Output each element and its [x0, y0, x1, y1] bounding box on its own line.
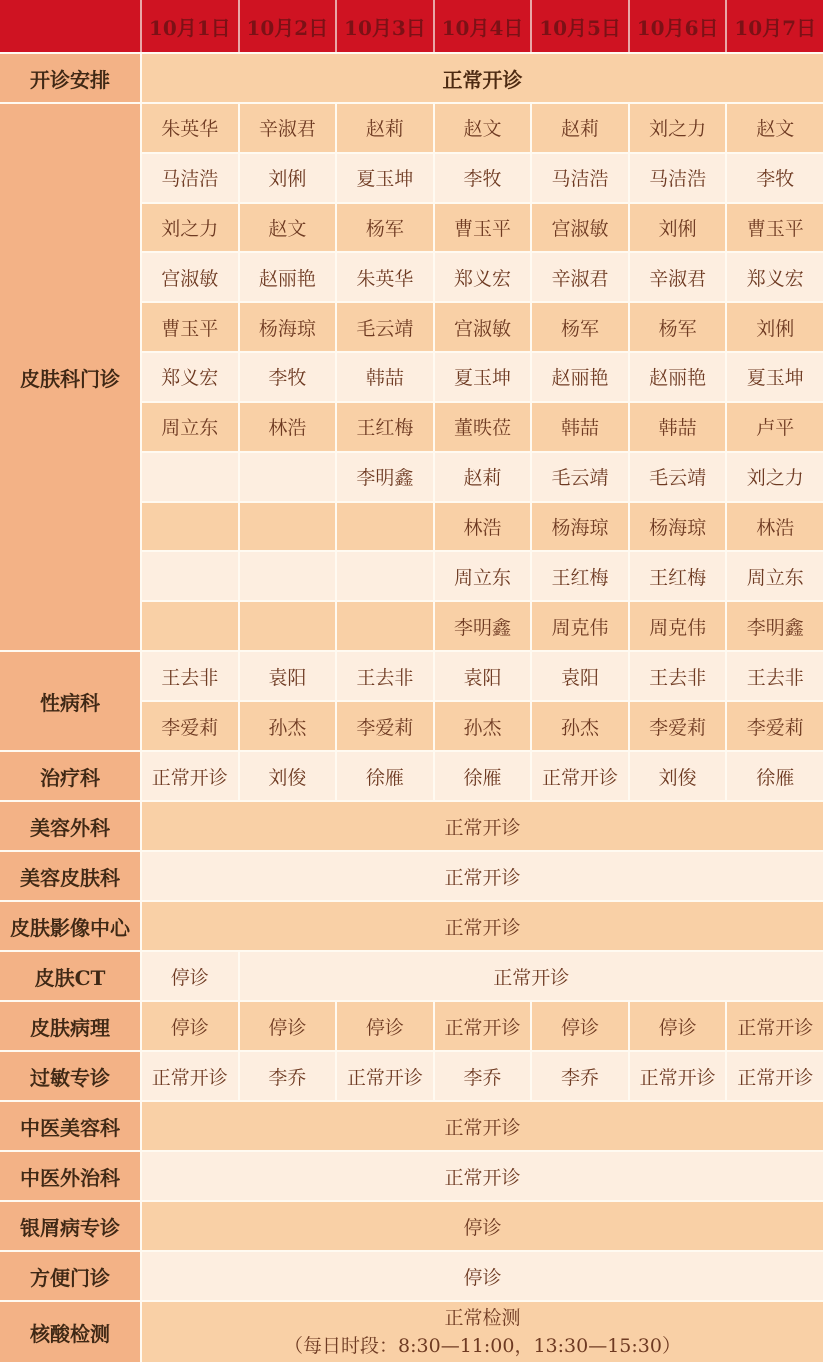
schedule-section: 中医外治科正常开诊 — [0, 1152, 823, 1200]
doctor-cell: 正常开诊 — [337, 1052, 433, 1100]
status-time-line: （每日时段：8:30—11:00，13:30—15:30） — [284, 1332, 681, 1361]
empty-cell — [142, 552, 238, 600]
doctor-cell: 李爱莉 — [337, 702, 433, 750]
doctor-cell: 朱英华 — [337, 253, 433, 301]
row-label: 美容皮肤科 — [0, 852, 140, 900]
row-label: 方便门诊 — [0, 1252, 140, 1300]
schedule-section: 皮肤影像中心正常开诊 — [0, 902, 823, 950]
doctor-cell: 王红梅 — [337, 403, 433, 451]
doctor-cell: 周克伟 — [630, 602, 726, 650]
doctor-cell: 辛淑君 — [630, 253, 726, 301]
corner-cell — [0, 0, 140, 52]
doctor-cell: 李明鑫 — [337, 453, 433, 501]
doctor-cell: 孙杰 — [435, 702, 531, 750]
row-label: 性病科 — [0, 652, 140, 750]
doctor-cell: 袁阳 — [240, 652, 336, 700]
doctor-cell: 毛云靖 — [337, 303, 433, 351]
section-body: 正常开诊 — [142, 1152, 823, 1200]
clinic-schedule-table: 10月1日10月2日10月3日10月4日10月5日10月6日10月7日开诊安排正… — [0, 0, 823, 1362]
table-header-row: 10月1日10月2日10月3日10月4日10月5日10月6日10月7日 — [0, 0, 823, 52]
doctor-cell: 王去非 — [727, 652, 823, 700]
doctor-cell: 刘俐 — [240, 154, 336, 202]
doctor-cell: 马洁浩 — [630, 154, 726, 202]
date-header-cell: 10月4日 — [435, 0, 531, 52]
doctor-cell: 林浩 — [727, 503, 823, 551]
schedule-section: 治疗科正常开诊刘俊徐雁徐雁正常开诊刘俊徐雁 — [0, 752, 823, 800]
doctor-cell: 曹玉平 — [435, 204, 531, 252]
status-cell: 正常开诊 — [142, 1102, 823, 1150]
empty-cell — [240, 503, 336, 551]
doctor-cell: 王红梅 — [532, 552, 628, 600]
doctor-cell: 周立东 — [435, 552, 531, 600]
date-header-cell: 10月7日 — [727, 0, 823, 52]
doctor-cell: 停诊 — [630, 1002, 726, 1050]
empty-cell — [337, 503, 433, 551]
section-body: 正常开诊刘俊徐雁徐雁正常开诊刘俊徐雁 — [142, 752, 823, 800]
empty-cell — [240, 453, 336, 501]
doctor-cell: 正常开诊 — [435, 1002, 531, 1050]
doctor-cell: 郑义宏 — [435, 253, 531, 301]
doctor-cell: 正常开诊 — [727, 1052, 823, 1100]
doctor-cell: 正常开诊 — [142, 752, 238, 800]
section-body: 停诊 — [142, 1252, 823, 1300]
doctor-cell: 停诊 — [532, 1002, 628, 1050]
doctor-cell: 夏玉坤 — [727, 353, 823, 401]
row-label: 开诊安排 — [0, 54, 140, 102]
doctor-cell: 朱英华 — [142, 104, 238, 152]
doctor-cell: 正常开诊 — [727, 1002, 823, 1050]
date-header-cell: 10月1日 — [142, 0, 238, 52]
section-body: 正常开诊 — [142, 1102, 823, 1150]
doctor-cell: 正常开诊 — [630, 1052, 726, 1100]
section-body: 正常开诊李乔正常开诊李乔李乔正常开诊正常开诊 — [142, 1052, 823, 1100]
doctor-cell: 周立东 — [142, 403, 238, 451]
doctor-cell: 李牧 — [727, 154, 823, 202]
doctor-cell: 赵文 — [435, 104, 531, 152]
doctor-cell: 王去非 — [337, 652, 433, 700]
row-label: 中医外治科 — [0, 1152, 140, 1200]
empty-cell — [337, 552, 433, 600]
row-label: 过敏专诊 — [0, 1052, 140, 1100]
schedule-section: 皮肤科门诊朱英华辛淑君赵莉赵文赵莉刘之力赵文马洁浩刘俐夏玉坤李牧马洁浩马洁浩李牧… — [0, 104, 823, 650]
status-cell: 停诊 — [142, 952, 238, 1000]
doctor-cell: 李明鑫 — [435, 602, 531, 650]
doctor-cell: 赵丽艳 — [532, 353, 628, 401]
status-cell: 正常检测（每日时段：8:30—11:00，13:30—15:30） — [142, 1302, 823, 1362]
doctor-cell: 李爱莉 — [727, 702, 823, 750]
doctor-cell: 停诊 — [337, 1002, 433, 1050]
date-header-cell: 10月6日 — [630, 0, 726, 52]
section-body: 停诊 — [142, 1202, 823, 1250]
doctor-cell: 杨军 — [337, 204, 433, 252]
doctor-cell: 马洁浩 — [142, 154, 238, 202]
doctor-cell: 李爱莉 — [142, 702, 238, 750]
date-header-cell: 10月3日 — [337, 0, 433, 52]
schedule-section: 中医美容科正常开诊 — [0, 1102, 823, 1150]
schedule-section: 皮肤CT停诊正常开诊 — [0, 952, 823, 1000]
status-cell: 停诊 — [142, 1252, 823, 1300]
status-cell: 正常开诊 — [142, 54, 823, 102]
row-label: 美容外科 — [0, 802, 140, 850]
doctor-cell: 韩喆 — [532, 403, 628, 451]
doctor-cell: 李爱莉 — [630, 702, 726, 750]
doctor-cell: 赵莉 — [435, 453, 531, 501]
doctor-cell: 停诊 — [142, 1002, 238, 1050]
doctor-cell: 曹玉平 — [727, 204, 823, 252]
doctor-cell: 徐雁 — [727, 752, 823, 800]
section-body: 停诊正常开诊 — [142, 952, 823, 1000]
row-label: 皮肤影像中心 — [0, 902, 140, 950]
doctor-cell: 杨海琼 — [240, 303, 336, 351]
empty-cell — [142, 602, 238, 650]
doctor-cell: 林浩 — [240, 403, 336, 451]
doctor-cell: 刘俊 — [630, 752, 726, 800]
doctor-cell: 刘俐 — [727, 303, 823, 351]
status-cell: 正常开诊 — [142, 1152, 823, 1200]
status-cell: 正常开诊 — [240, 952, 823, 1000]
row-label: 皮肤CT — [0, 952, 140, 1000]
doctor-cell: 夏玉坤 — [435, 353, 531, 401]
empty-cell — [142, 453, 238, 501]
doctor-cell: 郑义宏 — [142, 353, 238, 401]
doctor-cell: 刘之力 — [630, 104, 726, 152]
status-cell: 停诊 — [142, 1202, 823, 1250]
doctor-cell: 杨军 — [630, 303, 726, 351]
row-label: 皮肤科门诊 — [0, 104, 140, 650]
schedule-section: 过敏专诊正常开诊李乔正常开诊李乔李乔正常开诊正常开诊 — [0, 1052, 823, 1100]
section-body: 正常开诊 — [142, 54, 823, 102]
row-label: 银屑病专诊 — [0, 1202, 140, 1250]
doctor-cell: 正常开诊 — [142, 1052, 238, 1100]
doctor-cell: 袁阳 — [435, 652, 531, 700]
status-cell: 正常开诊 — [142, 852, 823, 900]
doctor-cell: 王去非 — [630, 652, 726, 700]
status-cell: 正常开诊 — [142, 802, 823, 850]
row-label: 中医美容科 — [0, 1102, 140, 1150]
doctor-cell: 李乔 — [532, 1052, 628, 1100]
doctor-cell: 李牧 — [240, 353, 336, 401]
doctor-cell: 辛淑君 — [240, 104, 336, 152]
schedule-section: 美容外科正常开诊 — [0, 802, 823, 850]
doctor-cell: 辛淑君 — [532, 253, 628, 301]
doctor-cell: 毛云靖 — [630, 453, 726, 501]
doctor-cell: 杨海琼 — [532, 503, 628, 551]
doctor-cell: 正常开诊 — [532, 752, 628, 800]
empty-cell — [142, 503, 238, 551]
schedule-section: 银屑病专诊停诊 — [0, 1202, 823, 1250]
doctor-cell: 杨军 — [532, 303, 628, 351]
doctor-cell: 夏玉坤 — [337, 154, 433, 202]
doctor-cell: 周克伟 — [532, 602, 628, 650]
doctor-cell: 赵文 — [727, 104, 823, 152]
section-body: 朱英华辛淑君赵莉赵文赵莉刘之力赵文马洁浩刘俐夏玉坤李牧马洁浩马洁浩李牧刘之力赵文… — [142, 104, 823, 650]
doctor-cell: 刘之力 — [727, 453, 823, 501]
empty-cell — [337, 602, 433, 650]
doctor-cell: 宫淑敏 — [435, 303, 531, 351]
doctor-cell: 孙杰 — [532, 702, 628, 750]
section-body: 正常检测（每日时段：8:30—11:00，13:30—15:30） — [142, 1302, 823, 1362]
doctor-cell: 徐雁 — [435, 752, 531, 800]
section-body: 王去非袁阳王去非袁阳袁阳王去非王去非李爱莉孙杰李爱莉孙杰孙杰李爱莉李爱莉 — [142, 652, 823, 750]
section-body: 正常开诊 — [142, 902, 823, 950]
date-header-cell: 10月5日 — [532, 0, 628, 52]
doctor-cell: 徐雁 — [337, 752, 433, 800]
doctor-cell: 孙杰 — [240, 702, 336, 750]
doctor-cell: 赵丽艳 — [630, 353, 726, 401]
doctor-cell: 王红梅 — [630, 552, 726, 600]
doctor-cell: 卢平 — [727, 403, 823, 451]
doctor-cell: 赵丽艳 — [240, 253, 336, 301]
section-body: 正常开诊 — [142, 852, 823, 900]
doctor-cell: 袁阳 — [532, 652, 628, 700]
doctor-cell: 韩喆 — [630, 403, 726, 451]
section-body: 停诊停诊停诊正常开诊停诊停诊正常开诊 — [142, 1002, 823, 1050]
empty-cell — [240, 552, 336, 600]
date-header-cell: 10月2日 — [240, 0, 336, 52]
row-label: 核酸检测 — [0, 1302, 140, 1362]
schedule-section: 开诊安排正常开诊 — [0, 54, 823, 102]
empty-cell — [240, 602, 336, 650]
doctor-cell: 毛云靖 — [532, 453, 628, 501]
doctor-cell: 韩喆 — [337, 353, 433, 401]
doctor-cell: 赵文 — [240, 204, 336, 252]
schedule-section: 美容皮肤科正常开诊 — [0, 852, 823, 900]
doctor-cell: 李明鑫 — [727, 602, 823, 650]
doctor-cell: 马洁浩 — [532, 154, 628, 202]
doctor-cell: 停诊 — [240, 1002, 336, 1050]
schedule-section: 核酸检测正常检测（每日时段：8:30—11:00，13:30—15:30） — [0, 1302, 823, 1362]
doctor-cell: 王去非 — [142, 652, 238, 700]
row-label: 皮肤病理 — [0, 1002, 140, 1050]
section-body: 正常开诊 — [142, 802, 823, 850]
doctor-cell: 李牧 — [435, 154, 531, 202]
schedule-section: 皮肤病理停诊停诊停诊正常开诊停诊停诊正常开诊 — [0, 1002, 823, 1050]
schedule-section: 性病科王去非袁阳王去非袁阳袁阳王去非王去非李爱莉孙杰李爱莉孙杰孙杰李爱莉李爱莉 — [0, 652, 823, 750]
doctor-cell: 郑义宏 — [727, 253, 823, 301]
doctor-cell: 刘俐 — [630, 204, 726, 252]
doctor-cell: 周立东 — [727, 552, 823, 600]
doctor-cell: 刘之力 — [142, 204, 238, 252]
doctor-cell: 杨海琼 — [630, 503, 726, 551]
doctor-cell: 赵莉 — [337, 104, 433, 152]
doctor-cell: 曹玉平 — [142, 303, 238, 351]
row-label: 治疗科 — [0, 752, 140, 800]
doctor-cell: 宫淑敏 — [142, 253, 238, 301]
doctor-cell: 刘俊 — [240, 752, 336, 800]
status-line: 正常检测 — [444, 1304, 520, 1333]
schedule-section: 方便门诊停诊 — [0, 1252, 823, 1300]
doctor-cell: 李乔 — [240, 1052, 336, 1100]
doctor-cell: 李乔 — [435, 1052, 531, 1100]
status-cell: 正常开诊 — [142, 902, 823, 950]
doctor-cell: 赵莉 — [532, 104, 628, 152]
doctor-cell: 董昳莅 — [435, 403, 531, 451]
doctor-cell: 宫淑敏 — [532, 204, 628, 252]
doctor-cell: 林浩 — [435, 503, 531, 551]
